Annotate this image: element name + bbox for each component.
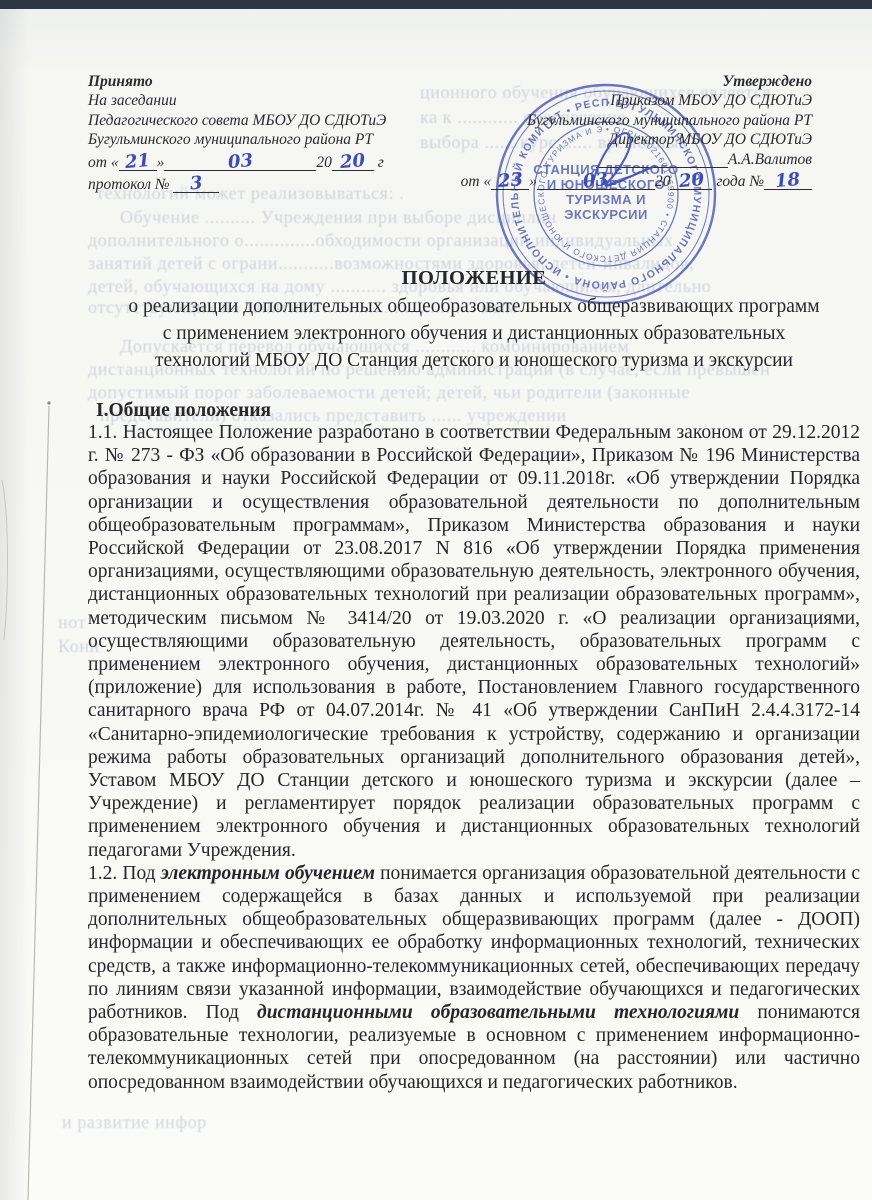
handwritten-month: 03 [227,155,253,169]
approved-line: Приказом МБОУ ДО СДЮТиЭ [461,91,812,110]
accepted-block: Принято На заседании Педагогического сов… [88,72,386,194]
date-month-blank: 03 [164,155,316,171]
section-body: 1.1. Настоящее Положение разработано в с… [88,421,860,1094]
accepted-line: Педагогического совета МБОУ ДО СДЮТиЭ [88,111,386,130]
accepted-date-line: от «21»032020 г [88,153,386,172]
accepted-line: Бугульминского муниципального района РТ [88,130,386,149]
scan-top-edge [0,0,872,9]
accepted-line: На заседании [88,91,386,110]
paragraph: 1.1. Настоящее Положение разработано в с… [88,421,860,862]
date-prefix: от « [88,154,119,171]
paragraph-text: понимается организация образовательной д… [88,863,860,1023]
scanned-document-page: ционного обучения обучающихся являетсяка… [0,0,872,1200]
date-year-blank: 20 [332,155,374,171]
handwritten-order-number: 18 [775,174,801,188]
approved-title: Утверждено [461,72,812,91]
paragraph-text: 1.2. Под [88,863,161,884]
date-year-blank: 20 [670,174,712,190]
date-year-prefix: 20 [316,154,332,171]
date-day-blank: 23 [491,174,529,190]
date-tail: г [374,154,384,171]
protocol-number-blank: 3 [173,177,219,193]
paragraph-text: 1.1. Настоящее Положение разработано в с… [88,422,860,861]
date-middle: года № [712,173,764,190]
emphasized-term: дистанционными образовательными технолог… [257,1002,739,1023]
handwritten-year: 20 [340,155,366,169]
subtitle-line: технологий МБОУ ДО Станция детского и юн… [88,347,860,374]
handwritten-year: 20 [678,174,704,188]
signatory-name: А.А.Валитов [728,151,812,168]
date-quote: » [529,173,537,190]
bleed-through-text: и развитие инфор [62,1112,207,1133]
accepted-title: Принято [88,72,386,91]
subtitle-line: о реализации дополнительных общеобразова… [88,293,860,320]
protocol-line: протокол № 3 [88,175,386,194]
date-day-blank: 21 [119,155,157,171]
handwritten-protocol-number: 3 [190,178,204,191]
handwritten-day: 23 [497,174,523,188]
section-heading: I.Общие положения [96,400,271,422]
document-title: ПОЛОЖЕНИЕ [88,267,860,290]
emphasized-term: электронным обучением [161,863,375,884]
paragraph: 1.2. Под электронным обучением понимаетс… [88,862,860,1094]
protocol-label: протокол № [88,176,173,193]
stamp-center-line: ЭКСКУРСИИ [564,207,648,222]
bleed-through-text: нот [58,612,86,633]
date-prefix: от « [461,173,492,190]
date-quote: » [157,154,165,171]
director-signature [575,118,675,203]
subtitle-line: с применением электронного обучения и ди… [88,320,860,347]
handwritten-day: 21 [125,155,151,169]
document-subtitle: о реализации дополнительных общеобразова… [88,293,860,374]
order-number-blank: 18 [764,174,812,190]
